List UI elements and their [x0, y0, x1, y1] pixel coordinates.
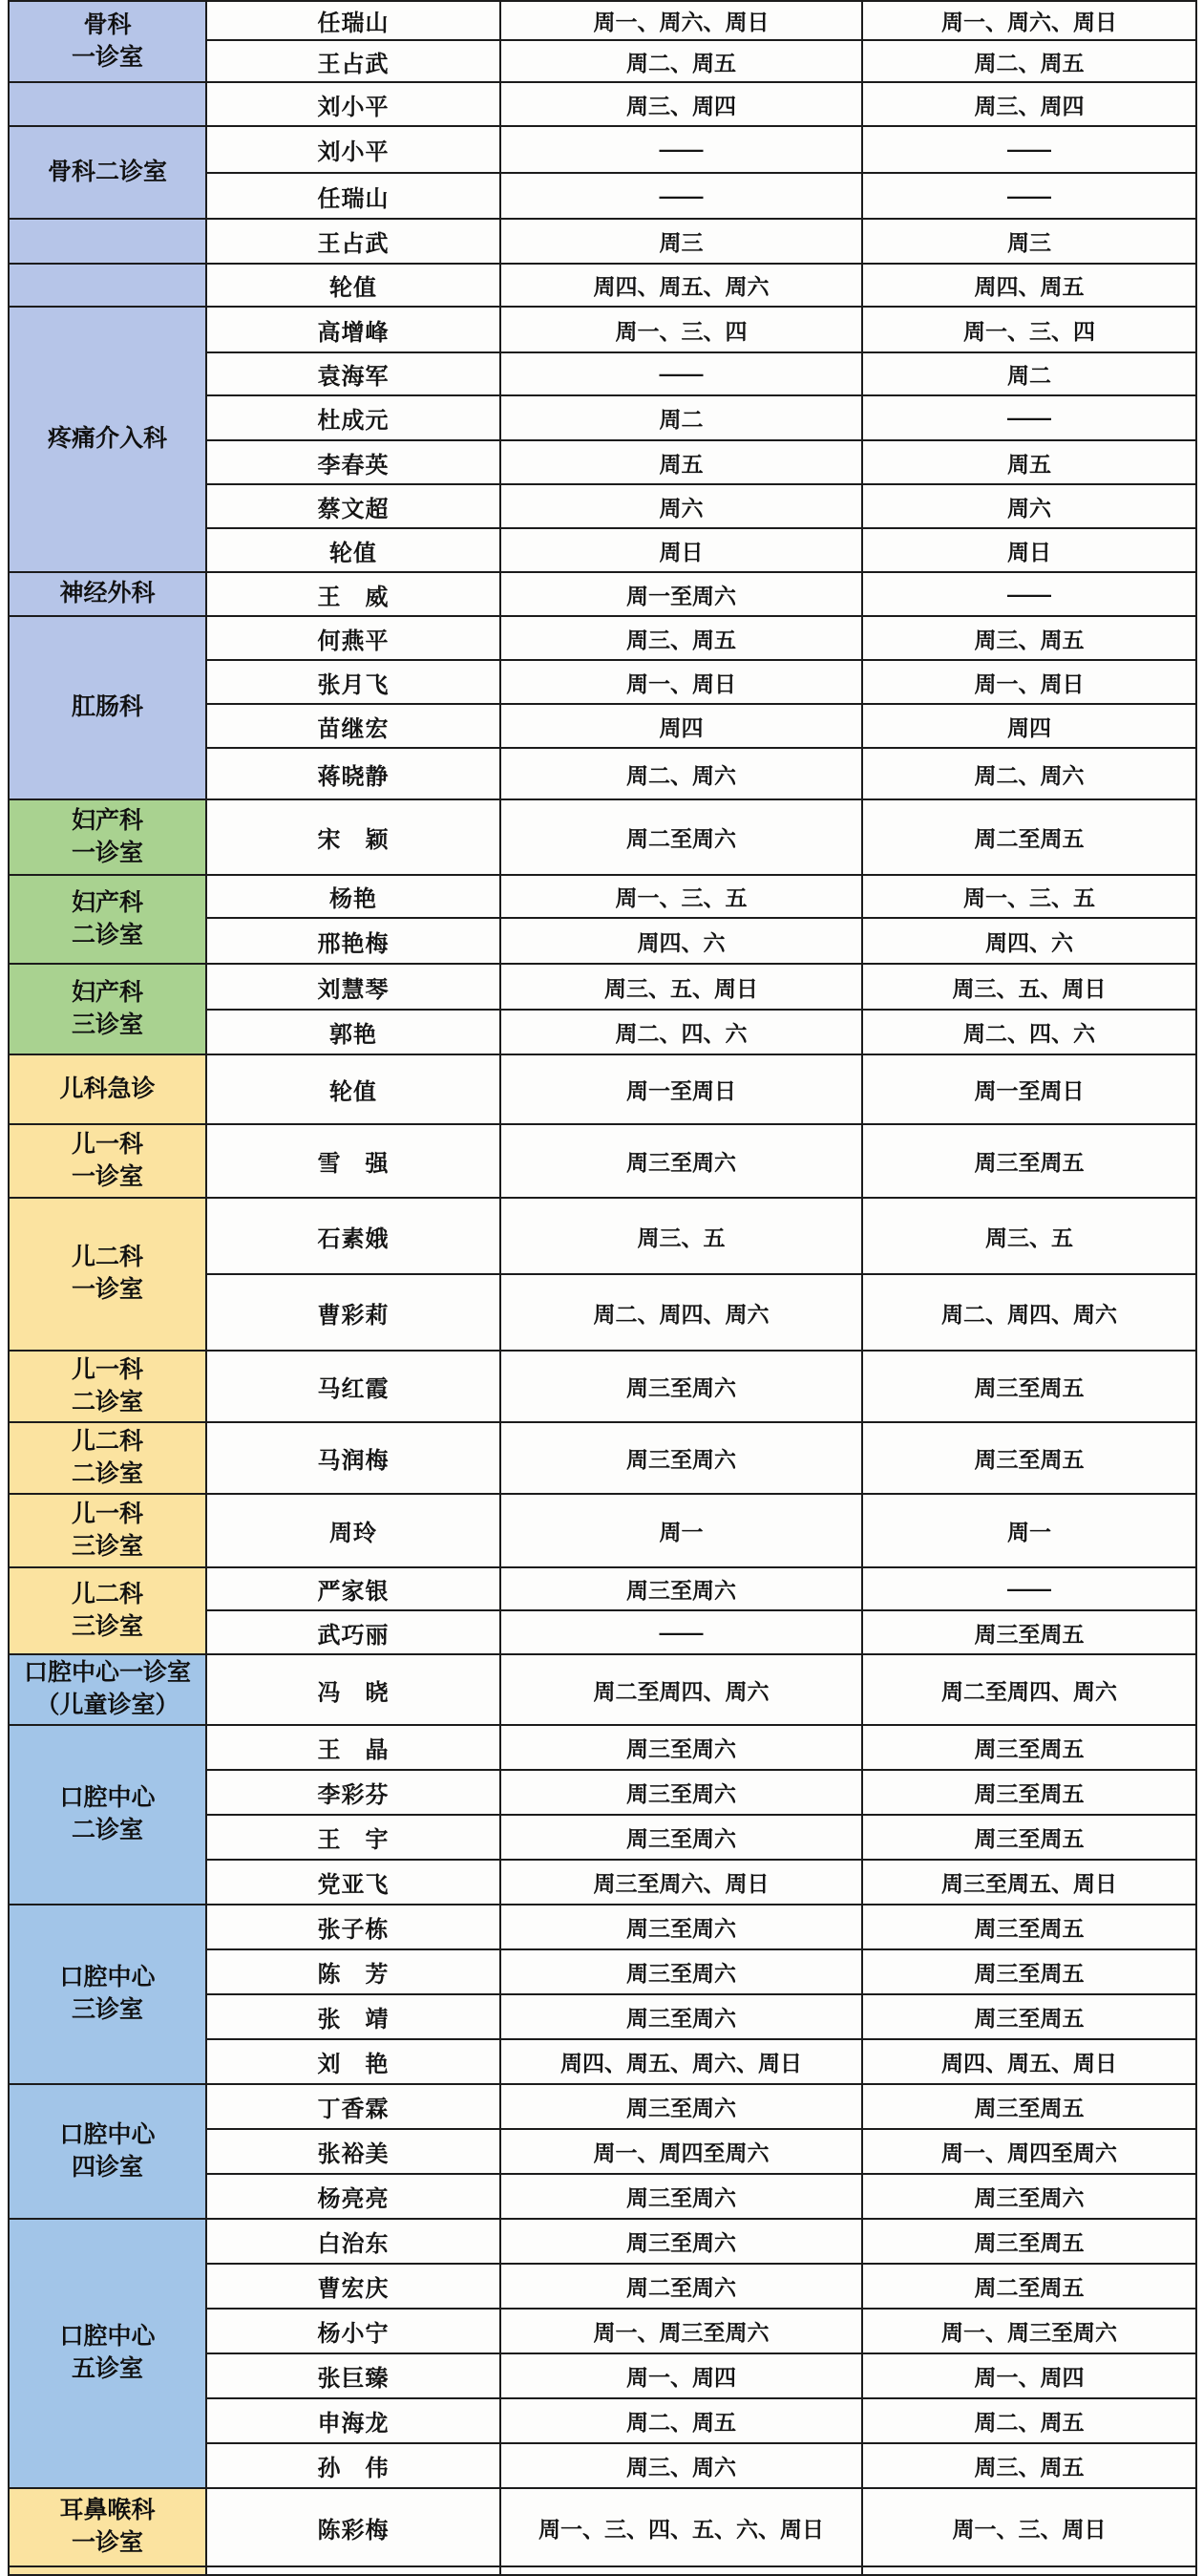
schedule-cell-period2: 周二、周六	[862, 748, 1196, 799]
schedule-cell-period2: 周三至周五	[862, 1815, 1196, 1860]
schedule-cell-period1: 周二、周五	[500, 40, 862, 82]
schedule-cell-period2: 周五	[862, 440, 1196, 484]
schedule-cell-period2: 周三至周五	[862, 1422, 1196, 1494]
doctor-name-cell: 张月飞	[206, 660, 500, 704]
table-row: 妇产科 三诊室刘慧琴周三、五、周日周三、五、周日	[9, 964, 1196, 1010]
schedule-cell-period1: 周三至周六	[500, 1422, 862, 1494]
department-cell: 妇产科 二诊室	[9, 875, 206, 964]
schedule-cell-period2: 周二、周五	[862, 40, 1196, 82]
table-row: 儿二科 二诊室马润梅周三至周六周三至周五	[9, 1422, 1196, 1494]
schedule-cell-period2: 周三至周五	[862, 1725, 1196, 1770]
table-row: 儿一科 一诊室雪 强周三至周六周三至周五	[9, 1124, 1196, 1198]
table-row: 疼痛介入科高增峰周一、三、四周一、三、四	[9, 307, 1196, 352]
department-cell: 口腔中心 五诊室	[9, 2219, 206, 2488]
department-cell: 口腔中心 三诊室	[9, 1905, 206, 2084]
department-cell: 儿科急诊	[9, 1054, 206, 1124]
schedule-cell-period2: 周一、三、四	[862, 307, 1196, 352]
doctor-name-cell: 石素娥	[206, 1198, 500, 1274]
doctor-name-cell: 任瑞山	[206, 173, 500, 219]
schedule-cell-period1: ——	[500, 352, 862, 395]
schedule-cell-period1: 周一、周六、周日	[500, 1, 862, 40]
doctor-name-cell: 孙 伟	[206, 2443, 500, 2488]
department-cell: 儿一科 一诊室	[9, 1124, 206, 1198]
department-cell	[9, 2566, 206, 2575]
doctor-name-cell: 王占武	[206, 40, 500, 82]
schedule-cell-period1: 周三至周六	[500, 2219, 862, 2264]
schedule-cell-period2	[862, 2566, 1196, 2575]
table-row: 儿一科 三诊室周玲周一周一	[9, 1494, 1196, 1567]
doctor-name-cell: 蒋晓静	[206, 748, 500, 799]
schedule-cell-period1: 周三至周六	[500, 1815, 862, 1860]
doctor-name-cell: 王 晶	[206, 1725, 500, 1770]
schedule-cell-period1: 周四	[500, 704, 862, 748]
department-cell	[9, 264, 206, 307]
schedule-cell-period2: 周一、周三至周六	[862, 2309, 1196, 2353]
schedule-cell-period2: ——	[862, 1567, 1196, 1610]
doctor-name-cell	[206, 2566, 500, 2575]
schedule-cell-period2: 周二至周五	[862, 2264, 1196, 2309]
doctor-name-cell: 郭艳	[206, 1010, 500, 1054]
schedule-cell-period2: ——	[862, 126, 1196, 173]
doctor-name-cell: 高增峰	[206, 307, 500, 352]
table-row: 骨科二诊室刘小平————	[9, 126, 1196, 173]
table-row: 妇产科 二诊室杨艳周一、三、五周一、三、五	[9, 875, 1196, 918]
doctor-name-cell: 冯 晓	[206, 1654, 500, 1725]
table-row: 骨科 一诊室任瑞山周一、周六、周日周一、周六、周日	[9, 1, 1196, 40]
doctor-name-cell: 丁香霖	[206, 2084, 500, 2129]
table-row: 肛肠科何燕平周三、周五周三、周五	[9, 616, 1196, 660]
schedule-cell-period1: 周二至周四、周六	[500, 1654, 862, 1725]
schedule-cell-period2: 周二	[862, 352, 1196, 395]
schedule-cell-period2: 周三至周五	[862, 2219, 1196, 2264]
doctor-name-cell: 曹宏庆	[206, 2264, 500, 2309]
doctor-name-cell: 申海龙	[206, 2398, 500, 2443]
department-cell: 口腔中心一诊室 （儿童诊室）	[9, 1654, 206, 1725]
doctor-name-cell: 刘小平	[206, 82, 500, 126]
doctor-name-cell: 杨小宁	[206, 2309, 500, 2353]
doctor-name-cell: 严家银	[206, 1567, 500, 1610]
schedule-cell-period2: 周四、周五	[862, 264, 1196, 307]
schedule-cell-period1: 周三至周六	[500, 1994, 862, 2039]
schedule-cell-period1: 周三至周六	[500, 1567, 862, 1610]
schedule-cell-period1: 周四、周五、周六、周日	[500, 2039, 862, 2084]
schedule-cell-period1: 周二、周五	[500, 2398, 862, 2443]
doctor-name-cell: 马红霞	[206, 1351, 500, 1422]
schedule-cell-period2: 周三至周五	[862, 1770, 1196, 1815]
schedule-table-body: 骨科 一诊室任瑞山周一、周六、周日周一、周六、周日王占武周二、周五周二、周五刘小…	[9, 1, 1196, 2575]
doctor-name-cell: 苗继宏	[206, 704, 500, 748]
schedule-cell-period2: 周一	[862, 1494, 1196, 1567]
department-cell: 儿一科 三诊室	[9, 1494, 206, 1567]
doctor-name-cell: 王占武	[206, 219, 500, 264]
doctor-name-cell: 李春英	[206, 440, 500, 484]
schedule-cell-period1: 周一、三、四、五、六、周日	[500, 2488, 862, 2566]
schedule-cell-period1: 周四、六	[500, 918, 862, 964]
table-row: 口腔中心一诊室 （儿童诊室）冯 晓周二至周四、周六周二至周四、周六	[9, 1654, 1196, 1725]
doctor-name-cell: 张子栋	[206, 1905, 500, 1949]
schedule-cell-period2: 周三至周六	[862, 2174, 1196, 2219]
schedule-cell-period2: 周二至周五	[862, 799, 1196, 875]
schedule-cell-period2: 周三至周五	[862, 1994, 1196, 2039]
schedule-cell-period1: 周二至周六	[500, 2264, 862, 2309]
table-row: 口腔中心 五诊室白治东周三至周六周三至周五	[9, 2219, 1196, 2264]
schedule-cell-period1: 周日	[500, 528, 862, 572]
table-row: 刘小平周三、周四周三、周四	[9, 82, 1196, 126]
doctor-name-cell: 刘 艳	[206, 2039, 500, 2084]
doctor-name-cell: 雪 强	[206, 1124, 500, 1198]
schedule-cell-period2: 周一、周日	[862, 660, 1196, 704]
department-cell: 肛肠科	[9, 616, 206, 799]
department-cell: 儿二科 三诊室	[9, 1567, 206, 1654]
doctor-name-cell: 何燕平	[206, 616, 500, 660]
schedule-cell-period1: 周三至周六	[500, 2084, 862, 2129]
department-cell: 儿二科 二诊室	[9, 1422, 206, 1494]
clinic-schedule-document: 骨科 一诊室任瑞山周一、周六、周日周一、周六、周日王占武周二、周五周二、周五刘小…	[8, 0, 1197, 2576]
table-row: 妇产科 一诊室宋 颖周二至周六周二至周五	[9, 799, 1196, 875]
table-row: 口腔中心 三诊室张子栋周三至周六周三至周五	[9, 1905, 1196, 1949]
doctor-name-cell: 周玲	[206, 1494, 500, 1567]
schedule-cell-period2: ——	[862, 173, 1196, 219]
schedule-cell-period2: 周一、周四至周六	[862, 2129, 1196, 2174]
schedule-cell-period1: 周一至周六	[500, 572, 862, 616]
schedule-cell-period1: 周二、四、六	[500, 1010, 862, 1054]
schedule-cell-period1: ——	[500, 1610, 862, 1654]
doctor-name-cell: 杨艳	[206, 875, 500, 918]
schedule-cell-period1: 周六	[500, 484, 862, 528]
schedule-cell-period1: 周三至周六	[500, 1351, 862, 1422]
table-row: 口腔中心 四诊室丁香霖周三至周六周三至周五	[9, 2084, 1196, 2129]
schedule-cell-period2: 周一、周六、周日	[862, 1, 1196, 40]
doctor-name-cell: 蔡文超	[206, 484, 500, 528]
schedule-cell-period1: 周三至周六、周日	[500, 1860, 862, 1905]
schedule-cell-period1: 周三至周六	[500, 1770, 862, 1815]
doctor-name-cell: 武巧丽	[206, 1610, 500, 1654]
schedule-cell-period1: 周五	[500, 440, 862, 484]
doctor-name-cell: 刘小平	[206, 126, 500, 173]
doctor-name-cell: 李彩芬	[206, 1770, 500, 1815]
schedule-cell-period1: 周二至周六	[500, 799, 862, 875]
schedule-cell-period2: 周三	[862, 219, 1196, 264]
schedule-cell-period1: 周一、周四	[500, 2353, 862, 2398]
schedule-cell-period2: 周三至周五	[862, 1610, 1196, 1654]
schedule-cell-period1: 周三、周五	[500, 616, 862, 660]
department-cell: 妇产科 三诊室	[9, 964, 206, 1054]
schedule-cell-period1: 周三至周六	[500, 1905, 862, 1949]
schedule-cell-period2: 周日	[862, 528, 1196, 572]
schedule-cell-period2: 周三至周五	[862, 1124, 1196, 1198]
doctor-name-cell: 陈 芳	[206, 1949, 500, 1994]
table-row: 儿一科 二诊室马红霞周三至周六周三至周五	[9, 1351, 1196, 1422]
schedule-cell-period1: 周一、三、四	[500, 307, 862, 352]
schedule-cell-period1: 周三至周六	[500, 1725, 862, 1770]
schedule-cell-period2: 周三至周五	[862, 1905, 1196, 1949]
table-row: 口腔中心 二诊室王 晶周三至周六周三至周五	[9, 1725, 1196, 1770]
schedule-cell-period2: 周一至周日	[862, 1054, 1196, 1124]
schedule-cell-period2: 周三、周五	[862, 2443, 1196, 2488]
schedule-cell-period1: 周三至周六	[500, 1949, 862, 1994]
department-cell: 骨科二诊室	[9, 126, 206, 219]
doctor-name-cell: 王 宇	[206, 1815, 500, 1860]
schedule-cell-period2: 周三、周五	[862, 616, 1196, 660]
schedule-cell-period2: 周四、六	[862, 918, 1196, 964]
doctor-name-cell: 刘慧琴	[206, 964, 500, 1010]
doctor-name-cell: 任瑞山	[206, 1, 500, 40]
schedule-cell-period1: 周二、周四、周六	[500, 1274, 862, 1351]
schedule-cell-period1: ——	[500, 173, 862, 219]
department-cell: 儿二科 一诊室	[9, 1198, 206, 1351]
doctor-name-cell: 邢艳梅	[206, 918, 500, 964]
department-cell	[9, 219, 206, 264]
schedule-table: 骨科 一诊室任瑞山周一、周六、周日周一、周六、周日王占武周二、周五周二、周五刘小…	[8, 0, 1197, 2576]
schedule-cell-period1: 周三至周六	[500, 1124, 862, 1198]
doctor-name-cell: 陈彩梅	[206, 2488, 500, 2566]
schedule-cell-period1: 周一、周日	[500, 660, 862, 704]
schedule-cell-period2: 周二、周五	[862, 2398, 1196, 2443]
doctor-name-cell: 杜成元	[206, 395, 500, 440]
schedule-cell-period2: 周二至周四、周六	[862, 1654, 1196, 1725]
schedule-cell-period2: 周四	[862, 704, 1196, 748]
table-row: 儿二科 一诊室石素娥周三、五周三、五	[9, 1198, 1196, 1274]
schedule-cell-period2: 周三、五、周日	[862, 964, 1196, 1010]
doctor-name-cell: 宋 颖	[206, 799, 500, 875]
table-row: 耳鼻喉科 一诊室陈彩梅周一、三、四、五、六、周日周一、三、周日	[9, 2488, 1196, 2566]
department-cell	[9, 82, 206, 126]
schedule-cell-period1: 周一、周四至周六	[500, 2129, 862, 2174]
table-row: 轮值周四、周五、周六周四、周五	[9, 264, 1196, 307]
doctor-name-cell: 马润梅	[206, 1422, 500, 1494]
doctor-name-cell: 张 靖	[206, 1994, 500, 2039]
schedule-cell-period1: 周一、周三至周六	[500, 2309, 862, 2353]
doctor-name-cell: 袁海军	[206, 352, 500, 395]
schedule-cell-period1	[500, 2566, 862, 2575]
schedule-cell-period1: 周四、周五、周六	[500, 264, 862, 307]
schedule-cell-period2: 周二、四、六	[862, 1010, 1196, 1054]
doctor-name-cell: 曹彩莉	[206, 1274, 500, 1351]
schedule-cell-period1: 周一、三、五	[500, 875, 862, 918]
schedule-cell-period1: 周三至周六	[500, 2174, 862, 2219]
schedule-cell-period2: 周三至周五	[862, 1949, 1196, 1994]
doctor-name-cell: 张巨臻	[206, 2353, 500, 2398]
schedule-cell-period2: 周三至周五	[862, 2084, 1196, 2129]
schedule-cell-period1: 周二	[500, 395, 862, 440]
schedule-cell-period2: 周三、五	[862, 1198, 1196, 1274]
schedule-cell-period1: 周三、周六	[500, 2443, 862, 2488]
doctor-name-cell: 白治东	[206, 2219, 500, 2264]
table-row	[9, 2566, 1196, 2575]
doctor-name-cell: 轮值	[206, 1054, 500, 1124]
schedule-cell-period1: 周三	[500, 219, 862, 264]
department-cell: 妇产科 一诊室	[9, 799, 206, 875]
schedule-cell-period1: 周一至周日	[500, 1054, 862, 1124]
schedule-cell-period1: ——	[500, 126, 862, 173]
table-row: 儿二科 三诊室严家银周三至周六——	[9, 1567, 1196, 1610]
doctor-name-cell: 王 威	[206, 572, 500, 616]
department-cell: 神经外科	[9, 572, 206, 616]
table-row: 儿科急诊轮值周一至周日周一至周日	[9, 1054, 1196, 1124]
doctor-name-cell: 党亚飞	[206, 1860, 500, 1905]
doctor-name-cell: 张裕美	[206, 2129, 500, 2174]
table-row: 王占武周三周三	[9, 219, 1196, 264]
doctor-name-cell: 轮值	[206, 528, 500, 572]
schedule-cell-period2: 周四、周五、周日	[862, 2039, 1196, 2084]
schedule-cell-period1: 周三、五	[500, 1198, 862, 1274]
schedule-cell-period2: 周二、周四、周六	[862, 1274, 1196, 1351]
department-cell: 口腔中心 二诊室	[9, 1725, 206, 1905]
schedule-cell-period1: 周三、五、周日	[500, 964, 862, 1010]
department-cell: 疼痛介入科	[9, 307, 206, 572]
schedule-cell-period2: 周一、周四	[862, 2353, 1196, 2398]
table-row: 神经外科王 威周一至周六——	[9, 572, 1196, 616]
schedule-cell-period1: 周一	[500, 1494, 862, 1567]
doctor-name-cell: 杨亮亮	[206, 2174, 500, 2219]
schedule-cell-period2: ——	[862, 572, 1196, 616]
schedule-cell-period2: 周六	[862, 484, 1196, 528]
schedule-cell-period2: 周三、周四	[862, 82, 1196, 126]
department-cell: 骨科 一诊室	[9, 1, 206, 82]
department-cell: 儿一科 二诊室	[9, 1351, 206, 1422]
department-cell: 口腔中心 四诊室	[9, 2084, 206, 2219]
schedule-cell-period2: 周三至周五、周日	[862, 1860, 1196, 1905]
department-cell: 耳鼻喉科 一诊室	[9, 2488, 206, 2566]
schedule-cell-period2: 周一、三、五	[862, 875, 1196, 918]
doctor-name-cell: 轮值	[206, 264, 500, 307]
schedule-cell-period1: 周三、周四	[500, 82, 862, 126]
schedule-cell-period2: ——	[862, 395, 1196, 440]
schedule-cell-period2: 周三至周五	[862, 1351, 1196, 1422]
schedule-cell-period1: 周二、周六	[500, 748, 862, 799]
schedule-cell-period2: 周一、三、周日	[862, 2488, 1196, 2566]
